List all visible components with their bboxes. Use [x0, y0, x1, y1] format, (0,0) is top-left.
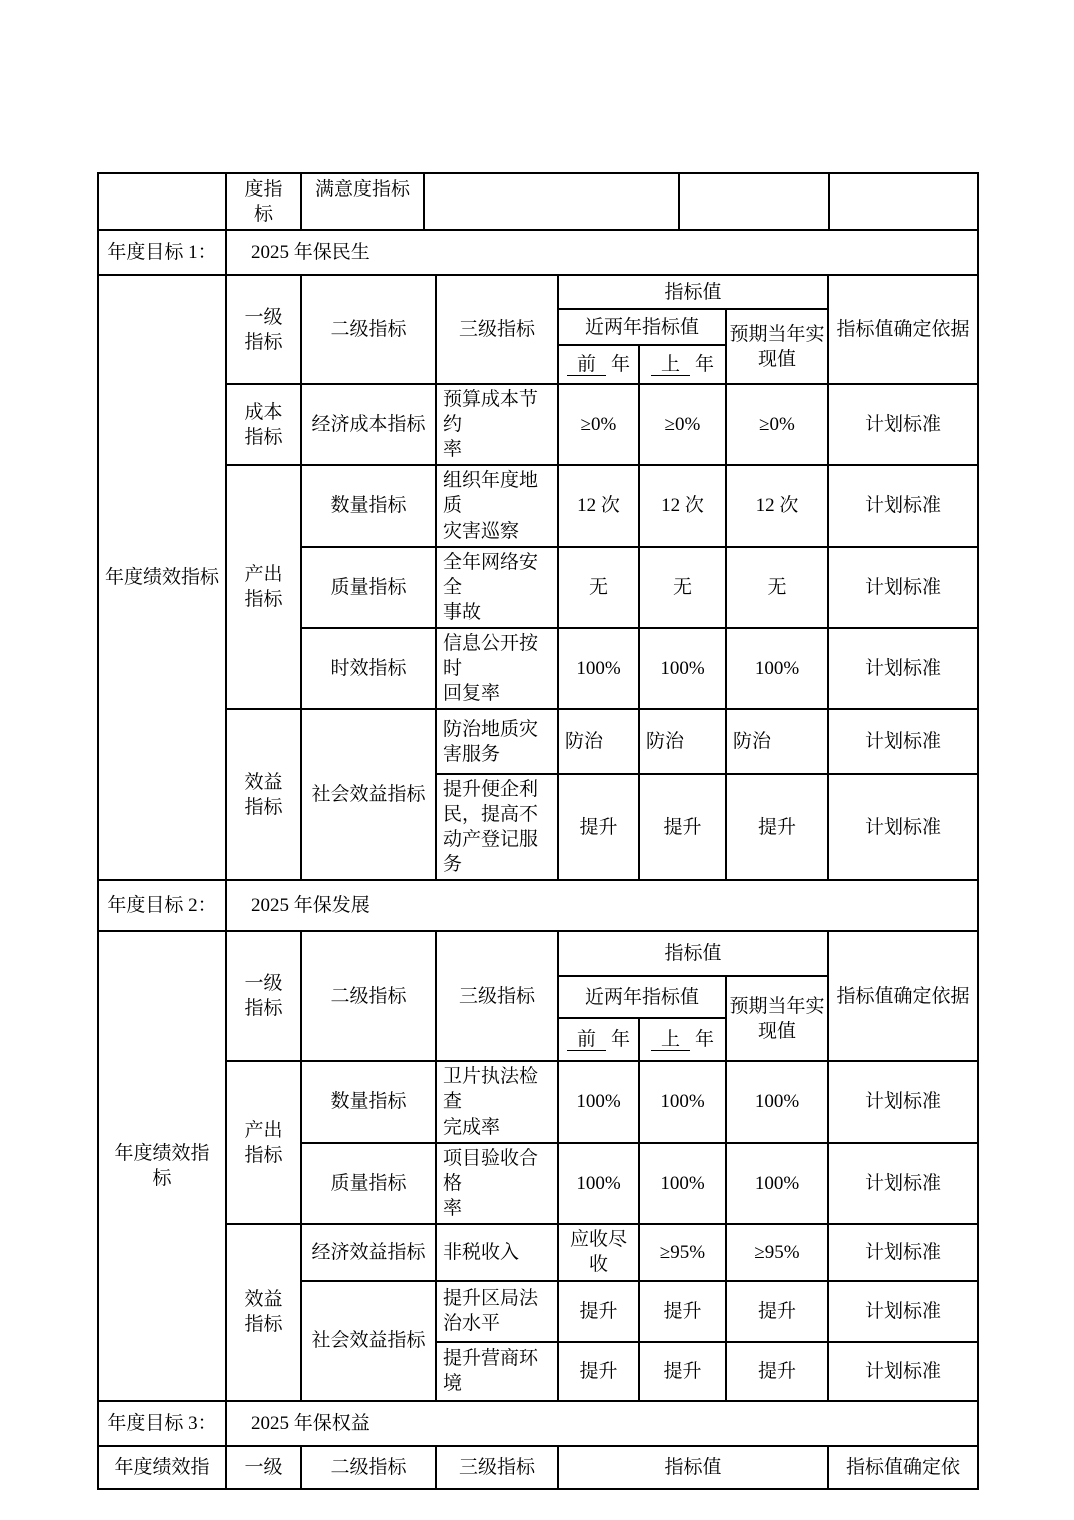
cell-value-prev: 100%	[558, 628, 639, 709]
goal3-label: 年度目标 3：	[98, 1401, 226, 1446]
cell-level2: 经济效益指标	[301, 1224, 436, 1281]
cell-value-prev: 12 次	[558, 465, 639, 546]
cell-level3: 非税收入	[436, 1224, 558, 1281]
cell-basis: 计划标准	[828, 1061, 978, 1142]
cell-value-prev: 提升	[558, 1281, 639, 1342]
goal2-row: 年度目标 2： 2025 年保发展	[97, 879, 979, 932]
cell-value-expected: 100%	[726, 1061, 828, 1142]
cell-value-last: 100%	[639, 1061, 726, 1142]
cell-value-expected: 12 次	[726, 465, 828, 546]
cell-value-prev: 100%	[558, 1143, 639, 1224]
header-recent-two-years: 近两年指标值	[558, 309, 726, 345]
cell-value-expected: 提升	[726, 774, 828, 880]
cell-value-last: 防治	[639, 709, 726, 774]
performance-indicator-document: 度指 标 满意度指标 年度目标 1： 2025 年保民生 年度绩效指标 一级 指…	[97, 172, 979, 1490]
indicator-table-2: 年度绩效指 标 一级 指标 二级指标 三级指标 指标值 指标值确定依据 近两年指…	[97, 930, 979, 1401]
prev-year-suffix: 年	[611, 354, 630, 375]
cell-level1-satisfaction: 度指 标	[226, 173, 301, 230]
header-prev-year: 前年	[558, 345, 639, 384]
cell-level1: 成本 指标	[226, 384, 301, 465]
cell-empty	[424, 173, 679, 230]
cell-level3: 提升营商环 境	[436, 1342, 558, 1401]
header-level2: 二级指标	[301, 275, 436, 384]
fragment-level1: 一级	[226, 1446, 301, 1489]
cell-level3: 组织年度地质 灾害巡察	[436, 465, 558, 546]
cell-value-last: 100%	[639, 628, 726, 709]
cell-level2: 质量指标	[301, 547, 436, 628]
cell-level3: 提升区局法 治水平	[436, 1281, 558, 1342]
header-level1: 一级 指标	[226, 931, 301, 1061]
cell-value-prev: 无	[558, 547, 639, 628]
cell-basis: 计划标准	[828, 1342, 978, 1401]
cell-level1: 效益 指标	[226, 1224, 301, 1401]
last-year-blank: 上	[651, 1030, 690, 1051]
header-expected-value: 预期当年实 现值	[726, 976, 828, 1061]
fragment-level3: 三级指标	[436, 1446, 558, 1489]
cell-level2: 数量指标	[301, 1061, 436, 1142]
cell-level2: 社会效益指标	[301, 1281, 436, 1401]
cell-value-last: 提升	[639, 1281, 726, 1342]
cell-value-expected: 提升	[726, 1342, 828, 1401]
cell-level3: 卫片执法检查 完成率	[436, 1061, 558, 1142]
document-page: 度指 标 满意度指标 年度目标 1： 2025 年保民生 年度绩效指标 一级 指…	[0, 0, 1074, 1520]
header-prev-year: 前年	[558, 1018, 639, 1061]
cell-value-last: 提升	[639, 1342, 726, 1401]
header-basis: 指标值确定依据	[828, 275, 978, 384]
last-year-suffix: 年	[695, 1029, 714, 1050]
header-expected-value: 预期当年实 现值	[726, 309, 828, 384]
last-year-blank: 上	[651, 355, 690, 376]
cell-value-expected: 100%	[726, 1143, 828, 1224]
cell-level1: 产出 指标	[226, 465, 301, 709]
cell-level2: 数量指标	[301, 465, 436, 546]
cell-basis: 计划标准	[828, 1224, 978, 1281]
cell-basis: 计划标准	[828, 709, 978, 774]
cell-value-expected: 100%	[726, 628, 828, 709]
cell-value-expected: ≥95%	[726, 1224, 828, 1281]
header-last-year: 上年	[639, 345, 726, 384]
table1-row-label: 年度绩效指标	[98, 275, 226, 880]
goal2-value: 2025 年保发展	[226, 880, 978, 931]
fragment-level2: 二级指标	[301, 1446, 436, 1489]
cell-value-last: 无	[639, 547, 726, 628]
cell-value-expected: ≥0%	[726, 384, 828, 465]
goal3-value: 2025 年保权益	[226, 1401, 978, 1446]
cell-level3: 全年网络安全 事故	[436, 547, 558, 628]
prev-year-suffix: 年	[611, 1029, 630, 1050]
header-recent-two-years: 近两年指标值	[558, 976, 726, 1018]
cell-empty	[98, 173, 226, 230]
cell-level2: 质量指标	[301, 1143, 436, 1224]
fragment-top-table: 度指 标 满意度指标	[97, 172, 979, 231]
cell-value-expected: 防治	[726, 709, 828, 774]
header-level2: 二级指标	[301, 931, 436, 1061]
cell-basis: 计划标准	[828, 628, 978, 709]
cell-value-last: 100%	[639, 1143, 726, 1224]
cell-level3: 项目验收合格 率	[436, 1143, 558, 1224]
fragment-indicator-value: 指标值	[558, 1446, 828, 1489]
cell-basis: 计划标准	[828, 465, 978, 546]
cell-level3: 预算成本节约 率	[436, 384, 558, 465]
cell-value-expected: 无	[726, 547, 828, 628]
goal1-row: 年度目标 1： 2025 年保民生	[97, 229, 979, 276]
cell-level1: 产出 指标	[226, 1061, 301, 1223]
header-indicator-value: 指标值	[558, 275, 828, 309]
table2-row-label: 年度绩效指 标	[98, 931, 226, 1400]
goal1-value: 2025 年保民生	[226, 230, 978, 275]
header-indicator-value: 指标值	[558, 931, 828, 976]
last-year-suffix: 年	[695, 354, 714, 375]
cell-value-prev: ≥0%	[558, 384, 639, 465]
cell-basis: 计划标准	[828, 1281, 978, 1342]
cell-value-last: 12 次	[639, 465, 726, 546]
cell-basis: 计划标准	[828, 774, 978, 880]
cell-basis: 计划标准	[828, 1143, 978, 1224]
fragment-basis: 指标值确定依	[828, 1446, 978, 1489]
cell-value-expected: 提升	[726, 1281, 828, 1342]
cell-value-prev: 应收尽 收	[558, 1224, 639, 1281]
cell-value-prev: 100%	[558, 1061, 639, 1142]
indicator-table-1: 年度绩效指标 一级 指标 二级指标 三级指标 指标值 指标值确定依据 近两年指标…	[97, 274, 979, 881]
cell-value-last: ≥95%	[639, 1224, 726, 1281]
cell-basis: 计划标准	[828, 384, 978, 465]
cell-level2: 社会效益指标	[301, 709, 436, 880]
header-last-year: 上年	[639, 1018, 726, 1061]
cell-value-prev: 提升	[558, 1342, 639, 1401]
cell-value-prev: 提升	[558, 774, 639, 880]
cell-level2: 时效指标	[301, 628, 436, 709]
fragment-row-label: 年度绩效指	[98, 1446, 226, 1489]
goal1-label: 年度目标 1：	[98, 230, 226, 275]
cell-level3: 防治地质灾 害服务	[436, 709, 558, 774]
prev-year-blank: 前	[567, 355, 606, 376]
cell-value-last: 提升	[639, 774, 726, 880]
cell-level3: 提升便企利 民，提高不 动产登记服 务	[436, 774, 558, 880]
cell-level1: 效益 指标	[226, 709, 301, 880]
cell-level3: 信息公开按时 回复率	[436, 628, 558, 709]
cell-level2-satisfaction: 满意度指标	[301, 173, 424, 230]
header-level3: 三级指标	[436, 275, 558, 384]
cell-empty	[829, 173, 978, 230]
cell-empty	[679, 173, 829, 230]
cell-basis: 计划标准	[828, 547, 978, 628]
cell-level2: 经济成本指标	[301, 384, 436, 465]
goal2-label: 年度目标 2：	[98, 880, 226, 931]
header-basis: 指标值确定依据	[828, 931, 978, 1061]
cell-value-prev: 防治	[558, 709, 639, 774]
prev-year-blank: 前	[567, 1030, 606, 1051]
header-level1: 一级 指标	[226, 275, 301, 384]
goal3-row: 年度目标 3： 2025 年保权益	[97, 1400, 979, 1447]
fragment-bottom-table: 年度绩效指 一级 二级指标 三级指标 指标值 指标值确定依	[97, 1445, 979, 1490]
cell-value-last: ≥0%	[639, 384, 726, 465]
header-level3: 三级指标	[436, 931, 558, 1061]
